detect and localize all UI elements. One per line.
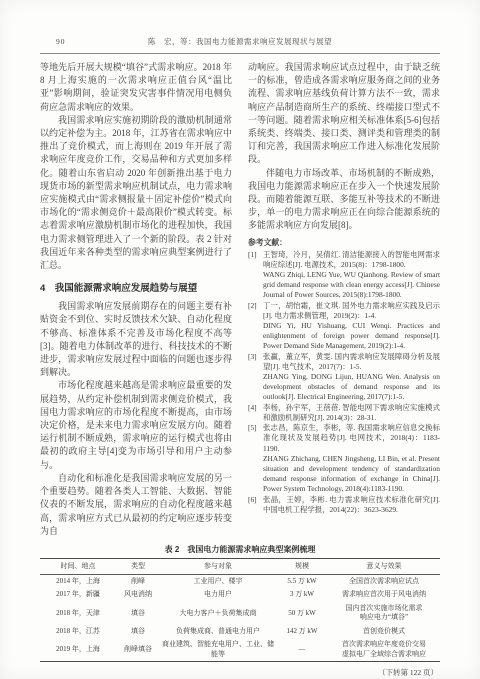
section-heading: 4 我国能源需求响应发展趋势与展望: [40, 280, 232, 294]
body-paragraph: 我国需求响应实施初期阶段的激励机制通常以约定补偿为主。2018 年，江苏省在需求…: [40, 114, 232, 272]
table-cell: 填谷: [116, 625, 160, 639]
page-number: 90: [56, 37, 66, 46]
reference-line-en: WANG Zhiqi, LENG Yue, WU Qianhong. Revie…: [263, 270, 440, 301]
table-header-cell: 类型: [116, 558, 160, 574]
left-column: 等地先后开展大规模“填谷”式需求响应。2018 年 8 月上海实施的一次需求响应…: [40, 61, 232, 538]
body-paragraph: 伴随电力市场改革、市场机制的不断成熟，我国电力能源需求响应正在步入一个快速发展阶…: [248, 167, 440, 233]
table-cell: 削峰填谷: [116, 638, 160, 662]
reference-number: [1]: [248, 250, 263, 301]
table-cell: 2014 年，上海: [40, 574, 116, 588]
reference-text: 丁一，胡怡霜，崔文琪. 国外电力需求响应实践及启示[J]. 电力需求侧管理，20…: [263, 301, 440, 352]
reference-text: 张晶，王婷，李彬. 电力需求响应技术标准化研究[J]. 中国电机工程学报，201…: [263, 495, 440, 515]
body-paragraph: 我国需求响应发展前期存在的问题主要有补贴资金不到位、实时反馈技术欠缺、自动化程度…: [40, 300, 232, 379]
reference-line-zh: 李杨，孙宇军，王蓓蓓. 智能电网下需求响应实施模式和激励机制研究[J]. 201…: [263, 403, 440, 423]
table-title: 表 2 我国电力能源需求响应典型案例梳理: [40, 544, 440, 555]
reference-line-en: DING Yi, HU Yishuang, CUI Wenqi. Practic…: [263, 321, 440, 352]
reference-item: [3] 张赢，董立军，黄雯. 国内需求响应发展障碍分析及展望[J]. 电气技术，…: [248, 352, 440, 403]
two-column-body: 等地先后开展大规模“填谷”式需求响应。2018 年 8 月上海实施的一次需求响应…: [40, 61, 440, 538]
reference-number: [4]: [248, 403, 263, 423]
reference-line-zh: 丁一，胡怡霜，崔文琪. 国外电力需求响应实践及启示[J]. 电力需求侧管理，20…: [263, 301, 440, 321]
table-cell: 142 万 kW: [276, 625, 328, 639]
reference-text: 张赢，董立军，黄雯. 国内需求响应发展障碍分析及展望[J]. 电气技术，2017…: [263, 352, 440, 403]
table-cell: 风电消纳: [116, 588, 160, 602]
table-cell: 削峰: [116, 574, 160, 588]
table-cell: 填谷: [116, 602, 160, 625]
table-row: 2017 年，新疆 风电消纳 电力用户 3 万 kW 需求响应首次用于风电消纳: [40, 588, 440, 602]
table-cell: 需求响应首次用于风电消纳: [328, 588, 440, 602]
table-header-cell: 参与对象: [160, 558, 276, 574]
table-cell: —: [276, 638, 328, 662]
table-cell: 工业用户、楼宇: [160, 574, 276, 588]
table-header-cell: 意义与效果: [328, 558, 440, 574]
reference-item: [6] 张晶，王婷，李彬. 电力需求响应技术标准化研究[J]. 中国电机工程学报…: [248, 495, 440, 515]
body-paragraph: 自动化和标准化是我国需求响应发展的另一个重要趋势。随着各类人工智能、大数据、智能…: [40, 472, 232, 538]
reference-line-zh: 张志昌，陈京生，李彬，等. 我国需求响应信息交换标准化现状及发展趋势[J]. 电…: [263, 423, 440, 454]
reference-item: [5] 张志昌，陈京生，李彬，等. 我国需求响应信息交换标准化现状及发展趋势[J…: [248, 423, 440, 494]
reference-text: 张志昌，陈京生，李彬，等. 我国需求响应信息交换标准化现状及发展趋势[J]. 电…: [263, 423, 440, 494]
table-cell: 5.5 万 kW: [276, 574, 328, 588]
reference-number: [5]: [248, 423, 263, 494]
body-paragraph: 动响应。我国需求响应试点过程中，由于缺乏统一的标准，曾造成各需求响应服务商之间的…: [248, 61, 440, 167]
reference-text: 李杨，孙宇军，王蓓蓓. 智能电网下需求响应实施模式和激励机制研究[J]. 201…: [263, 403, 440, 423]
table-cell: 2018 年，天津: [40, 602, 116, 625]
table-cell: 2018 年，江苏: [40, 625, 116, 639]
table-cell: 国内首次实施市场化需求 响应电力“填谷”: [328, 602, 440, 625]
right-column: 动响应。我国需求响应试点过程中，由于缺乏统一的标准，曾造成各需求响应服务商之间的…: [248, 61, 440, 538]
table-row: 2018 年，天津 填谷 大电力客户＋负荷集成商 50 万 kW 国内首次实施市…: [40, 602, 440, 625]
table-header-cell: 时间、地点: [40, 558, 116, 574]
table-cell: 2019 年，上海: [40, 638, 116, 662]
reference-line-zh: 王智琦，冷月，吴倩红. 清洁能源接入的智能电网需求响应综述[J]. 电源技术，2…: [263, 250, 440, 270]
table-header-cell: 规模: [276, 558, 328, 574]
reference-number: [2]: [248, 301, 263, 352]
reference-number: [6]: [248, 495, 263, 515]
table-cell: 3 万 kW: [276, 588, 328, 602]
reference-number: [3]: [248, 352, 263, 403]
running-title: 陈 宏，等：我国电力能源需求响应发展现状与展望: [40, 36, 440, 47]
continuation-note: （下转第 122 页）: [40, 667, 440, 678]
body-paragraph: 市场化程度越来越高是需求响应最重要的发展趋势，从约定补偿机制到需求侧竞价模式，我…: [40, 379, 232, 471]
reference-item: [4] 李杨，孙宇军，王蓓蓓. 智能电网下需求响应实施模式和激励机制研究[J].…: [248, 403, 440, 423]
references-heading: 参考文献：: [248, 237, 440, 248]
table-cell: 商业建筑、智能充电用户、工业、储能等: [160, 638, 276, 662]
table-cell: 首创竞价模式: [328, 625, 440, 639]
reference-item: [2] 丁一，胡怡霜，崔文琪. 国外电力需求响应实践及启示[J]. 电力需求侧管…: [248, 301, 440, 352]
body-paragraph: 等地先后开展大规模“填谷”式需求响应。2018 年 8 月上海实施的一次需求响应…: [40, 61, 232, 114]
paper-page: 90 陈 宏，等：我国电力能源需求响应发展现状与展望 等地先后开展大规模“填谷”…: [0, 0, 480, 679]
table-row: 2014 年，上海 削峰 工业用户、楼宇 5.5 万 kW 全国首次需求响应试点: [40, 574, 440, 588]
reference-line-en: ZHANG Zhichang, CHEN Jingsheng, LI Bin, …: [263, 454, 440, 495]
table-cell: 全国首次需求响应试点: [328, 574, 440, 588]
reference-line-en: ZHANG Ying, DONG Lijun, HUANG Wen. Analy…: [263, 372, 440, 403]
reference-text: 王智琦，冷月，吴倩红. 清洁能源接入的智能电网需求响应综述[J]. 电源技术，2…: [263, 250, 440, 301]
table-cell: 电力用户: [160, 588, 276, 602]
running-head: 90 陈 宏，等：我国电力能源需求响应发展现状与展望: [40, 36, 440, 49]
table-cell: 大电力客户＋负荷集成商: [160, 602, 276, 625]
table-cell: 50 万 kW: [276, 602, 328, 625]
table-cell: 2017 年，新疆: [40, 588, 116, 602]
cases-table: 时间、地点 类型 参与对象 规模 意义与效果 2014 年，上海 削峰 工业用户…: [40, 558, 440, 663]
table-row: 2018 年，江苏 填谷 负荷集成商、普通电力用户 142 万 kW 首创竞价模…: [40, 625, 440, 639]
table-header-row: 时间、地点 类型 参与对象 规模 意义与效果: [40, 558, 440, 574]
table-cell: 首次需求响应年度竞价交易 虚拟电厂全域综合需求响应: [328, 638, 440, 662]
table-cell: 负荷集成商、普通电力用户: [160, 625, 276, 639]
reference-item: [1] 王智琦，冷月，吴倩红. 清洁能源接入的智能电网需求响应综述[J]. 电源…: [248, 250, 440, 301]
reference-line-zh: 张赢，董立军，黄雯. 国内需求响应发展障碍分析及展望[J]. 电气技术，2017…: [263, 352, 440, 372]
reference-line-zh: 张晶，王婷，李彬. 电力需求响应技术标准化研究[J]. 中国电机工程学报，201…: [263, 495, 440, 515]
table-row: 2019 年，上海 削峰填谷 商业建筑、智能充电用户、工业、储能等 — 首次需求…: [40, 638, 440, 662]
header-rule: [40, 53, 440, 54]
cases-table-block: 表 2 我国电力能源需求响应典型案例梳理 时间、地点 类型 参与对象 规模 意义…: [40, 544, 440, 679]
